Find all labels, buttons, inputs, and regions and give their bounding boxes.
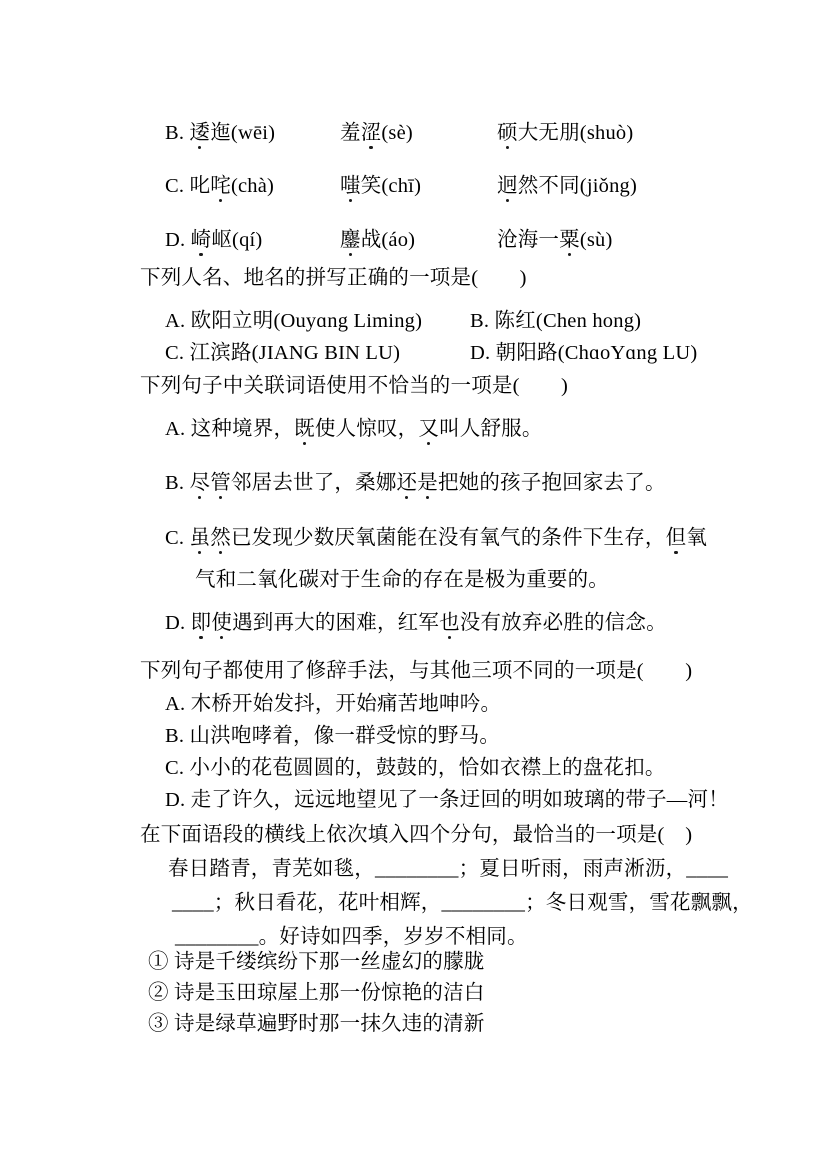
q5-paragraph-line-2: ____；秋日看花，花叶相辉，________；冬日观雪，雪花飘飘， [172, 891, 753, 917]
q3-option-a: A. 这种境界，既使人惊叹，又叫人舒服。 [165, 417, 543, 443]
q1-row-d-word-2: 鏖战(áo) [340, 228, 415, 254]
q3-option-c-line-1: C. 虽然已发现少数厌氧菌能在没有氧气的条件下生存，但氧 [165, 526, 707, 552]
q5-clause-item-3: ③ 诗是绿草遍野时那一抹久违的清新 [148, 1012, 485, 1038]
q3-option-d: D. 即使遇到再大的困难，红军也没有放弃必胜的信念。 [165, 611, 667, 637]
q4-option-a: A. 木桥开始发抖，开始痛苦地呻吟。 [165, 692, 501, 718]
q2-option-d: D. 朝阳路(ChɑoYɑng LU) [470, 341, 697, 367]
q3-option-c-line-2: 气和二氧化碳对于生命的存在是极为重要的。 [195, 568, 609, 594]
test-paper-page: B. 逶迤(wēi) 羞涩(sè) 硕大无朋(shuò) C. 叱咤(chà) … [0, 0, 826, 1169]
q1-row-b-word-3: 硕大无朋(shuò) [497, 121, 633, 147]
q5-clause-item-1: ① 诗是千缕缤纷下那一丝虚幻的朦胧 [148, 950, 485, 976]
q3-option-b: B. 尽管邻居去世了，桑娜还是把她的孩子抱回家去了。 [165, 471, 666, 497]
q1-row-c-word-1: C. 叱咤(chà) [165, 174, 274, 200]
q5-paragraph-line-1: 春日踏青，青芜如毯，________；夏日听雨，雨声淅沥，____ [168, 857, 728, 883]
q5-stem: 在下面语段的横线上依次填入四个分句，最恰当的一项是( ) [140, 823, 692, 849]
q4-stem: 下列句子都使用了修辞手法，与其他三项不同的一项是( ) [140, 659, 692, 685]
q1-row-d-word-3: 沧海一粟(sù) [497, 228, 613, 254]
q2-option-c: C. 江滨路(JIANG BIN LU) [165, 341, 400, 367]
q2-option-b: B. 陈红(Chen hong) [470, 309, 641, 335]
q1-row-d-word-1: D. 崎岖(qí) [165, 228, 262, 254]
q1-row-b-word-2: 羞涩(sè) [340, 121, 413, 147]
q3-stem: 下列句子中关联词语使用不恰当的一项是( ) [140, 374, 568, 400]
q5-clause-item-2: ② 诗是玉田琼屋上那一份惊艳的洁白 [148, 981, 485, 1007]
q4-option-b: B. 山洪咆哮着，像一群受惊的野马。 [165, 724, 500, 750]
q4-option-c: C. 小小的花苞圆圆的，鼓鼓的，恰如衣襟上的盘花扣。 [165, 756, 666, 782]
q1-row-b-word-1: B. 逶迤(wēi) [165, 121, 275, 147]
q5-paragraph-line-3: ________。好诗如四季，岁岁不相同。 [175, 925, 528, 951]
q2-stem: 下列人名、地名的拼写正确的一项是( ) [140, 266, 527, 292]
q1-row-c-word-3: 迥然不同(jiǒng) [497, 174, 637, 200]
q4-option-d: D. 走了许久，远远地望见了一条迂回的明如玻璃的带子—河！ [165, 788, 729, 814]
q1-row-c-word-2: 嗤笑(chī) [340, 174, 421, 200]
q2-option-a: A. 欧阳立明(Ouyɑng Liming) [165, 309, 422, 335]
